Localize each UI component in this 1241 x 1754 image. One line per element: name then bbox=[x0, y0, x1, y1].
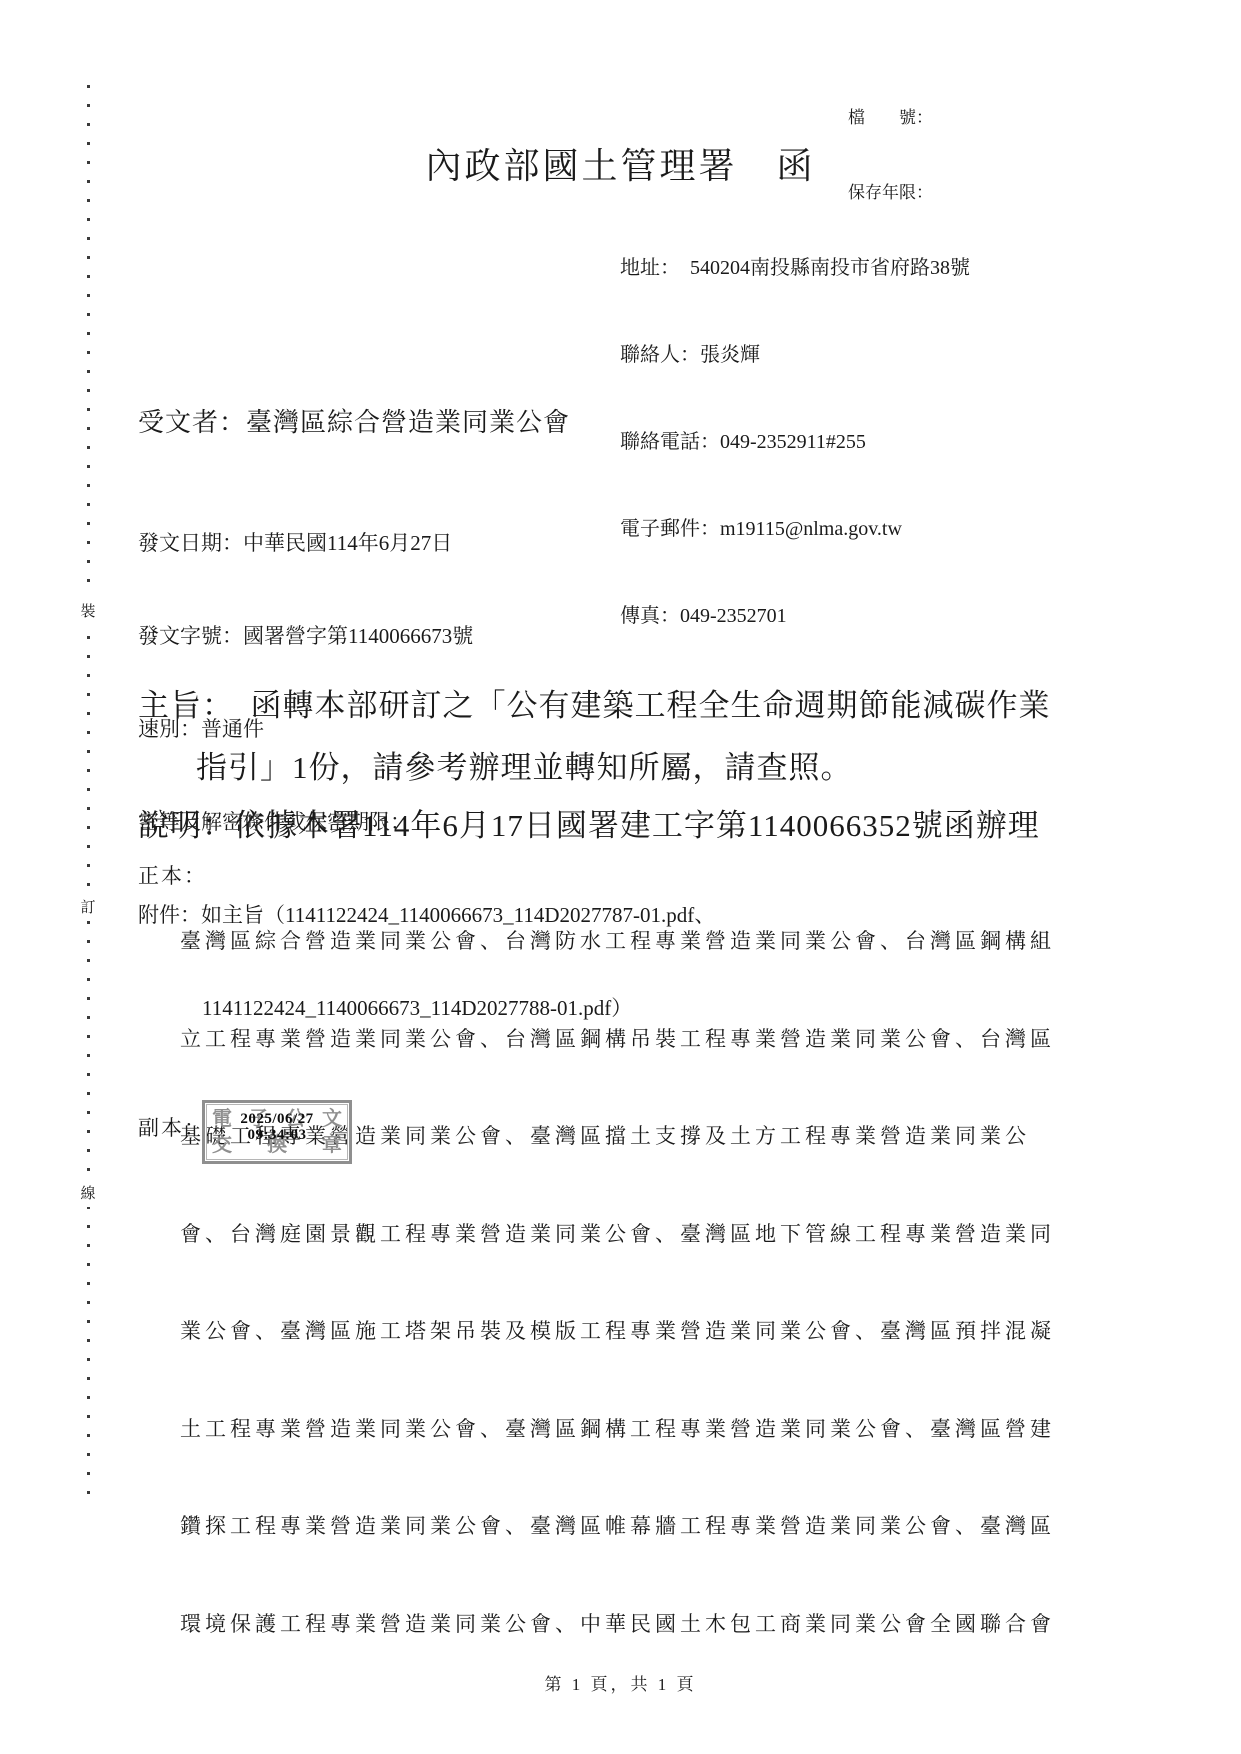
primary-recipients-line: 業公會、臺灣區施工塔架吊裝及模版工程專業營造業同業公會、臺灣區預拌混凝 bbox=[180, 1315, 1140, 1348]
subject-line-2: 指引」1份，請參考辦理並轉知所屬，請查照。 bbox=[196, 742, 853, 787]
document-title: 內政部國土管理署 函 bbox=[0, 138, 1241, 189]
issue-date: 發文日期：中華民國114年6月27日 bbox=[138, 528, 715, 559]
primary-recipients-line: 土工程專業營造業同業公會、臺灣區鋼構工程專業營造業同業公會、臺灣區營建 bbox=[180, 1413, 1140, 1446]
binding-mark-xian: 線 bbox=[78, 1178, 98, 1207]
recipient-line: 受文者：臺灣區綜合營造業同業公會 bbox=[138, 402, 570, 439]
sender-phone: 聯絡電話：049-2352911#255 bbox=[620, 428, 970, 457]
official-letter-page: 檔 號： 保存年限： 內政部國土管理署 函 地址： 540204南投縣南投市省府… bbox=[0, 0, 1241, 1754]
electronic-exchange-stamp: 電 子 公 文 交 換 章 2025/06/27 09:34:03 bbox=[202, 1100, 352, 1164]
stamp-datetime: 2025/06/27 09:34:03 bbox=[205, 1111, 349, 1143]
primary-recipients-line: 臺灣區綜合營造業同業公會、台灣防水工程專業營造業同業公會、台灣區鋼構組 bbox=[180, 925, 1140, 958]
subject-line-1: 主旨： 函轉本部研訂之「公有建築工程全生命週期節能減碳作業 bbox=[138, 680, 1051, 725]
stamp-date: 2025/06/27 bbox=[205, 1111, 349, 1127]
doc-number: 發文字號：國署營字第1140066673號 bbox=[138, 621, 715, 652]
primary-recipients-line: 鑽探工程專業營造業同業公會、臺灣區帷幕牆工程專業營造業同業公會、臺灣區 bbox=[180, 1510, 1140, 1543]
binding-dotted-line bbox=[87, 85, 90, 1497]
sender-address: 地址： 540204南投縣南投市省府路38號 bbox=[620, 254, 970, 283]
explanation-line: 說明：依據本署114年6月17日國署建工字第1140066352號函辦理 bbox=[138, 800, 1040, 845]
sender-contact-person: 聯絡人：張炎輝 bbox=[620, 341, 970, 370]
page-number-footer: 第 1 頁，共 1 頁 bbox=[0, 1670, 1241, 1695]
primary-recipients-list: 臺灣區綜合營造業同業公會、台灣防水工程專業營造業同業公會、台灣區鋼構組 立工程專… bbox=[180, 860, 1140, 1705]
binding-mark-zhuang: 裝 bbox=[78, 596, 98, 625]
file-number-label: 檔 號： bbox=[848, 105, 933, 130]
copy-recipients-label: 副本： bbox=[138, 1112, 207, 1142]
primary-recipients-line: 立工程專業營造業同業公會、台灣區鋼構吊裝工程專業營造業同業公會、台灣區 bbox=[180, 1023, 1140, 1056]
primary-recipients-line: 會、台灣庭園景觀工程專業營造業同業公會、臺灣區地下管線工程專業營造業同 bbox=[180, 1218, 1140, 1251]
binding-mark-ding: 訂 bbox=[78, 892, 98, 921]
primary-recipients-line: 環境保護工程專業營造業同業公會、中華民國土木包工商業同業公會全國聯合會 bbox=[180, 1608, 1140, 1641]
stamp-time: 09:34:03 bbox=[205, 1127, 349, 1143]
